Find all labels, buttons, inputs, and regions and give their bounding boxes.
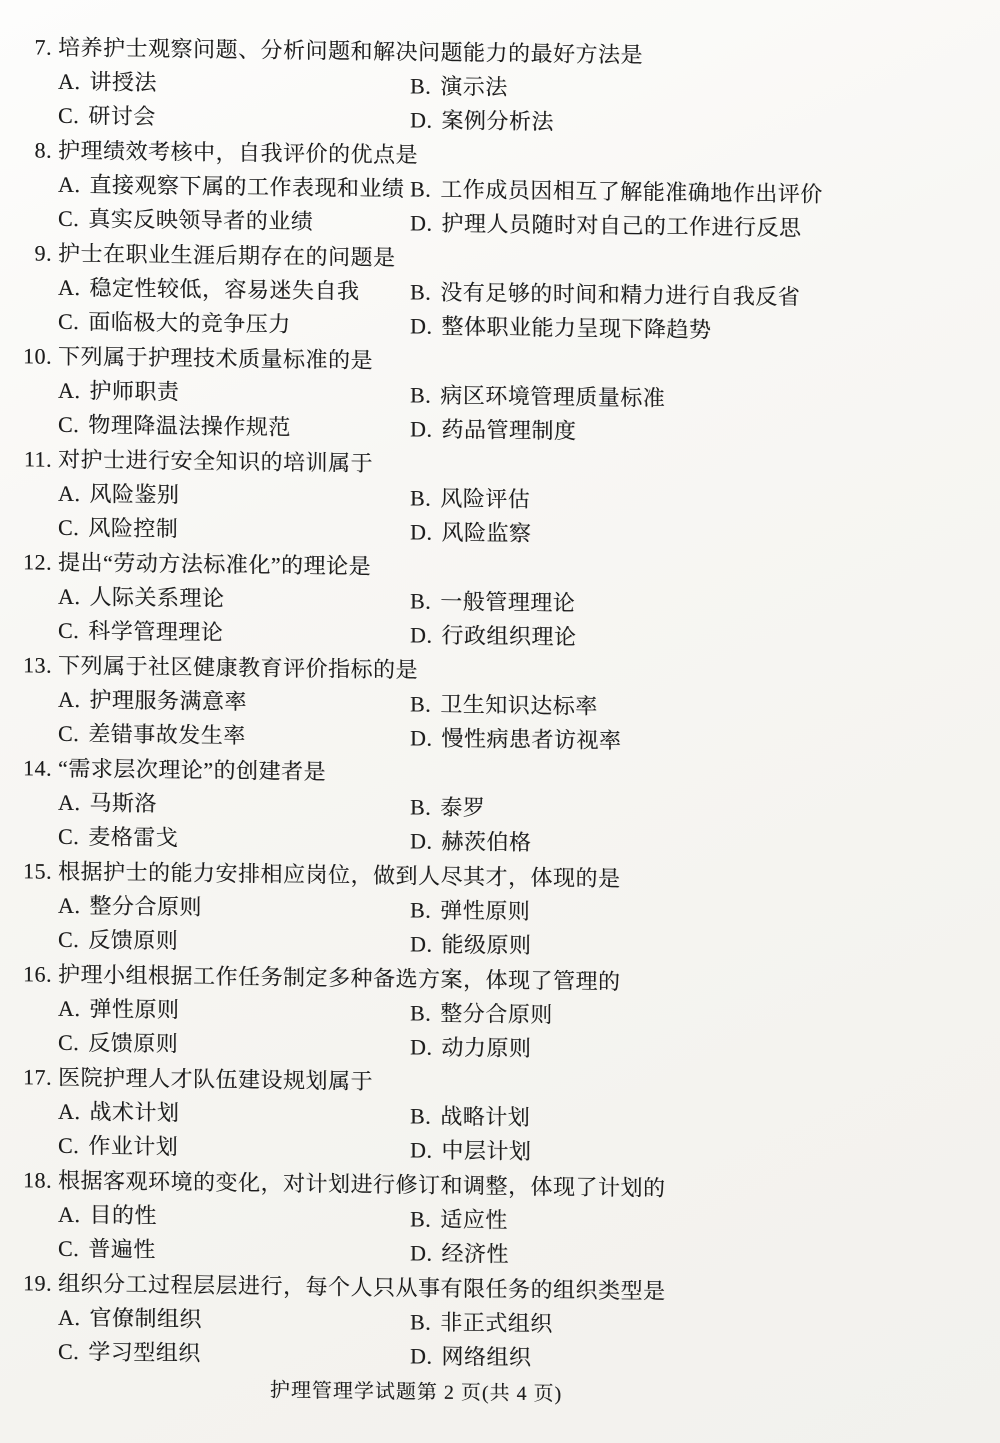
question-item: 8. 护理绩效考核中，自我评价的优点是 A.直接观察下属的工作表现和业绩 B.工…	[16, 133, 992, 248]
option-d-text: 行政组织理论	[441, 623, 576, 650]
option-c-text: 研讨会	[88, 103, 156, 129]
question-text: 下列属于护理技术质量标准的是	[58, 340, 373, 378]
option-a-text: 整分合原则	[89, 893, 202, 919]
question-options: A.目的性 B.适应性 C.普遍性 D.经济性	[16, 1197, 992, 1278]
option-c-label: C.	[58, 515, 79, 540]
option-b-text: 风险评估	[440, 486, 530, 512]
option-c-text: 面临极大的竞争压力	[88, 309, 291, 337]
option-c-label: C.	[58, 103, 79, 128]
question-item: 14. “需求层次理论”的创建者是 A.马斯洛 B.泰罗 C.麦格雷戈 D.赫茨…	[16, 751, 992, 866]
option-b-label: B.	[410, 382, 431, 407]
option-b-text: 非正式组织	[440, 1310, 553, 1336]
option-c-label: C.	[58, 412, 79, 437]
option-c: C.差错事故发生率	[58, 717, 410, 756]
exam-paper-page: 7. 培养护士观察问题、分析问题和解决问题能力的最好方法是 A.讲授法 B.演示…	[0, 0, 1000, 1415]
option-c-text: 差错事故发生率	[88, 721, 246, 748]
option-d-label: D.	[410, 1240, 432, 1265]
option-a-text: 弹性原则	[89, 996, 179, 1022]
option-c: C.面临极大的竞争压力	[58, 305, 410, 344]
option-a: A.稳定性较低，容易迷失自我	[58, 271, 410, 310]
option-d-text: 网络组织	[441, 1344, 531, 1370]
option-c: C.反馈原则	[58, 923, 410, 962]
option-b-label: B.	[410, 73, 431, 98]
option-c: C.反馈原则	[58, 1026, 410, 1065]
option-c: C.作业计划	[58, 1129, 410, 1168]
question-text: 医院护理人才队伍建设规划属于	[58, 1061, 373, 1099]
option-a-label: A.	[58, 378, 80, 403]
option-b-label: B.	[410, 176, 431, 201]
question-number: 10.	[16, 339, 52, 373]
option-d-text: 整体职业能力呈现下降趋势	[441, 314, 711, 343]
option-d-text: 药品管理制度	[441, 417, 576, 444]
option-b-text: 一般管理理论	[440, 589, 575, 616]
question-number: 15.	[16, 854, 52, 888]
option-a-text: 讲授法	[89, 69, 157, 95]
question-options: A.直接观察下属的工作表现和业绩 B.工作成员因相互了解能准确地作出评价 C.真…	[16, 167, 992, 248]
option-b-label: B.	[410, 1206, 431, 1231]
question-text: “需求层次理论”的创建者是	[58, 752, 326, 790]
option-d-text: 案例分析法	[441, 108, 554, 134]
question-number: 14.	[16, 751, 52, 785]
option-d-label: D.	[410, 210, 432, 235]
option-d-text: 中层计划	[441, 1138, 531, 1164]
option-a-label: A.	[58, 69, 80, 94]
question-item: 9. 护士在职业生涯后期存在的问题是 A.稳定性较低，容易迷失自我 B.没有足够…	[16, 236, 992, 351]
question-number: 12.	[16, 545, 52, 579]
option-c: C.学习型组织	[58, 1335, 410, 1374]
option-b-text: 病区环境管理质量标准	[440, 383, 665, 411]
option-d-label: D.	[410, 931, 432, 956]
question-text: 提出“劳动方法标准化”的理论是	[58, 546, 371, 584]
question-item: 18. 根据客观环境的变化，对计划进行修订和调整，体现了计划的 A.目的性 B.…	[16, 1163, 992, 1278]
question-options: A.讲授法 B.演示法 C.研讨会 D.案例分析法	[16, 64, 992, 145]
option-b-text: 战略计划	[440, 1104, 530, 1130]
option-d-text: 赫茨伯格	[441, 829, 531, 855]
option-d-text: 慢性病患者访视率	[441, 726, 621, 753]
option-d-label: D.	[410, 313, 432, 338]
option-b-text: 泰罗	[440, 795, 485, 821]
option-a-label: A.	[58, 790, 80, 815]
option-a-label: A.	[58, 1202, 80, 1227]
option-d-label: D.	[410, 416, 432, 441]
option-c: C.风险控制	[58, 511, 410, 550]
question-item: 13. 下列属于社区健康教育评价指标的是 A.护理服务满意率 B.卫生知识达标率…	[16, 648, 992, 763]
option-d-text: 动力原则	[441, 1035, 531, 1061]
option-b-text: 没有足够的时间和精力进行自我反省	[440, 280, 800, 310]
question-options: A.马斯洛 B.泰罗 C.麦格雷戈 D.赫茨伯格	[16, 785, 992, 866]
question-number: 16.	[16, 957, 52, 991]
option-a-label: A.	[58, 1099, 80, 1124]
option-c-text: 学习型组织	[88, 1339, 201, 1365]
question-item: 15. 根据护士的能力安排相应岗位，做到人尽其才，体现的是 A.整分合原则 B.…	[16, 854, 992, 969]
option-a-label: A.	[58, 481, 80, 506]
option-b-text: 工作成员因相互了解能准确地作出评价	[440, 177, 823, 207]
option-b-label: B.	[410, 1103, 431, 1128]
question-options: A.官僚制组织 B.非正式组织 C.学习型组织 D.网络组织	[16, 1300, 992, 1381]
option-c-text: 麦格雷戈	[88, 824, 178, 850]
question-list: 7. 培养护士观察问题、分析问题和解决问题能力的最好方法是 A.讲授法 B.演示…	[16, 30, 992, 1381]
option-c-label: C.	[58, 1339, 79, 1364]
question-options: A.整分合原则 B.弹性原则 C.反馈原则 D.能级原则	[16, 888, 992, 969]
question-options: A.稳定性较低，容易迷失自我 B.没有足够的时间和精力进行自我反省 C.面临极大…	[16, 270, 992, 351]
question-options: A.战术计划 B.战略计划 C.作业计划 D.中层计划	[16, 1094, 992, 1175]
question-item: 16. 护理小组根据工作任务制定多种备选方案，体现了管理的 A.弹性原则 B.整…	[16, 957, 992, 1072]
option-a: A.马斯洛	[58, 786, 410, 825]
option-d-label: D.	[410, 1034, 432, 1059]
option-c-text: 物理降温法操作规范	[88, 412, 291, 440]
option-c-text: 作业计划	[88, 1133, 178, 1159]
option-a: A.整分合原则	[58, 889, 410, 928]
question-number: 11.	[16, 442, 52, 476]
option-c-label: C.	[58, 206, 79, 231]
option-a: A.直接观察下属的工作表现和业绩	[58, 168, 410, 207]
option-a-text: 护师职责	[89, 378, 179, 404]
option-a-label: A.	[58, 1305, 80, 1330]
question-number: 8.	[16, 133, 52, 167]
question-item: 10. 下列属于护理技术质量标准的是 A.护师职责 B.病区环境管理质量标准 C…	[16, 339, 992, 454]
option-a: A.官僚制组织	[58, 1301, 410, 1340]
option-b-label: B.	[410, 794, 431, 819]
question-text: 护士在职业生涯后期存在的问题是	[58, 237, 396, 275]
question-text: 下列属于社区健康教育评价指标的是	[58, 649, 418, 688]
option-a-label: A.	[58, 893, 80, 918]
option-d-text: 护理人员随时对自己的工作进行反思	[441, 211, 801, 241]
option-c: C.普遍性	[58, 1232, 410, 1271]
option-a: A.弹性原则	[58, 992, 410, 1031]
page-footer-text: 护理管理学试题第 2 页(共 4 页)	[270, 1376, 562, 1410]
option-a: A.讲授法	[58, 65, 410, 104]
option-c-text: 真实反映领导者的业绩	[88, 206, 313, 234]
question-item: 12. 提出“劳动方法标准化”的理论是 A.人际关系理论 B.一般管理理论 C.…	[16, 545, 992, 660]
option-a-label: A.	[58, 996, 80, 1021]
option-c-label: C.	[58, 927, 79, 952]
question-item: 17. 医院护理人才队伍建设规划属于 A.战术计划 B.战略计划 C.作业计划 …	[16, 1060, 992, 1175]
option-c-label: C.	[58, 1030, 79, 1055]
question-number: 19.	[16, 1266, 52, 1300]
option-d-text: 能级原则	[441, 932, 531, 958]
option-b-text: 弹性原则	[440, 898, 530, 924]
option-b-text: 演示法	[440, 74, 508, 100]
option-c: C.科学管理理论	[58, 614, 410, 653]
option-a: A.人际关系理论	[58, 580, 410, 619]
option-b-label: B.	[410, 897, 431, 922]
option-c: C.研讨会	[58, 99, 410, 138]
option-a-text: 战术计划	[89, 1099, 179, 1125]
question-number: 7.	[16, 30, 52, 64]
option-c-label: C.	[58, 309, 79, 334]
option-c-label: C.	[58, 1133, 79, 1158]
question-options: A.弹性原则 B.整分合原则 C.反馈原则 D.动力原则	[16, 991, 992, 1072]
option-c-label: C.	[58, 824, 79, 849]
option-a-text: 护理服务满意率	[89, 687, 247, 714]
option-a-text: 官僚制组织	[89, 1305, 202, 1331]
option-a-text: 直接观察下属的工作表现和业绩	[89, 172, 404, 201]
option-a-label: A.	[58, 687, 80, 712]
option-a-text: 人际关系理论	[89, 584, 224, 611]
option-d-label: D.	[410, 519, 432, 544]
option-a-text: 稳定性较低，容易迷失自我	[89, 275, 359, 304]
option-c-label: C.	[58, 1236, 79, 1261]
option-c-text: 反馈原则	[88, 1030, 178, 1056]
option-b-label: B.	[410, 1309, 431, 1334]
question-item: 7. 培养护士观察问题、分析问题和解决问题能力的最好方法是 A.讲授法 B.演示…	[16, 30, 992, 145]
option-b-label: B.	[410, 279, 431, 304]
option-b-text: 整分合原则	[440, 1001, 553, 1027]
option-b-label: B.	[410, 588, 431, 613]
question-text: 护理绩效考核中，自我评价的优点是	[58, 134, 418, 173]
option-a-label: A.	[58, 584, 80, 609]
option-a: A.护理服务满意率	[58, 683, 410, 722]
option-d-label: D.	[410, 1343, 432, 1368]
option-c: C.麦格雷戈	[58, 820, 410, 859]
question-number: 13.	[16, 648, 52, 682]
option-d-text: 风险监察	[441, 520, 531, 546]
option-c-text: 反馈原则	[88, 927, 178, 953]
option-d-label: D.	[410, 725, 432, 750]
option-a: A.目的性	[58, 1198, 410, 1237]
question-number: 17.	[16, 1060, 52, 1094]
option-b-label: B.	[410, 485, 431, 510]
option-a: A.战术计划	[58, 1095, 410, 1134]
option-d-text: 经济性	[441, 1241, 509, 1267]
option-c-text: 普遍性	[88, 1236, 156, 1262]
question-number: 9.	[16, 236, 52, 270]
option-d-label: D.	[410, 828, 432, 853]
question-number: 18.	[16, 1163, 52, 1197]
question-options: A.护理服务满意率 B.卫生知识达标率 C.差错事故发生率 D.慢性病患者访视率	[16, 682, 992, 763]
option-c-text: 科学管理理论	[88, 618, 223, 645]
option-b-label: B.	[410, 1000, 431, 1025]
option-a-label: A.	[58, 275, 80, 300]
option-b-text: 卫生知识达标率	[440, 692, 598, 719]
option-a-text: 风险鉴别	[89, 481, 179, 507]
question-options: A.人际关系理论 B.一般管理理论 C.科学管理理论 D.行政组织理论	[16, 579, 992, 660]
question-options: A.护师职责 B.病区环境管理质量标准 C.物理降温法操作规范 D.药品管理制度	[16, 373, 992, 454]
question-options: A.风险鉴别 B.风险评估 C.风险控制 D.风险监察	[16, 476, 992, 557]
option-a-text: 马斯洛	[89, 790, 157, 816]
question-item: 19. 组织分工过程层层进行，每个人只从事有限任务的组织类型是 A.官僚制组织 …	[16, 1266, 992, 1381]
option-c: C.真实反映领导者的业绩	[58, 202, 410, 241]
question-item: 11. 对护士进行安全知识的培训属于 A.风险鉴别 B.风险评估 C.风险控制 …	[16, 442, 992, 557]
option-d-label: D.	[410, 622, 432, 647]
option-d-label: D.	[410, 1137, 432, 1162]
option-d-label: D.	[410, 107, 432, 132]
option-c-text: 风险控制	[88, 515, 178, 541]
option-c-label: C.	[58, 721, 79, 746]
option-d: D.网络组织	[410, 1339, 992, 1381]
option-a: A.护师职责	[58, 374, 410, 413]
option-c: C.物理降温法操作规范	[58, 408, 410, 447]
option-a-label: A.	[58, 172, 80, 197]
question-text: 对护士进行安全知识的培训属于	[58, 443, 373, 481]
option-b-label: B.	[410, 691, 431, 716]
option-b-text: 适应性	[440, 1207, 508, 1233]
option-a: A.风险鉴别	[58, 477, 410, 516]
option-a-text: 目的性	[89, 1202, 157, 1228]
option-c-label: C.	[58, 618, 79, 643]
